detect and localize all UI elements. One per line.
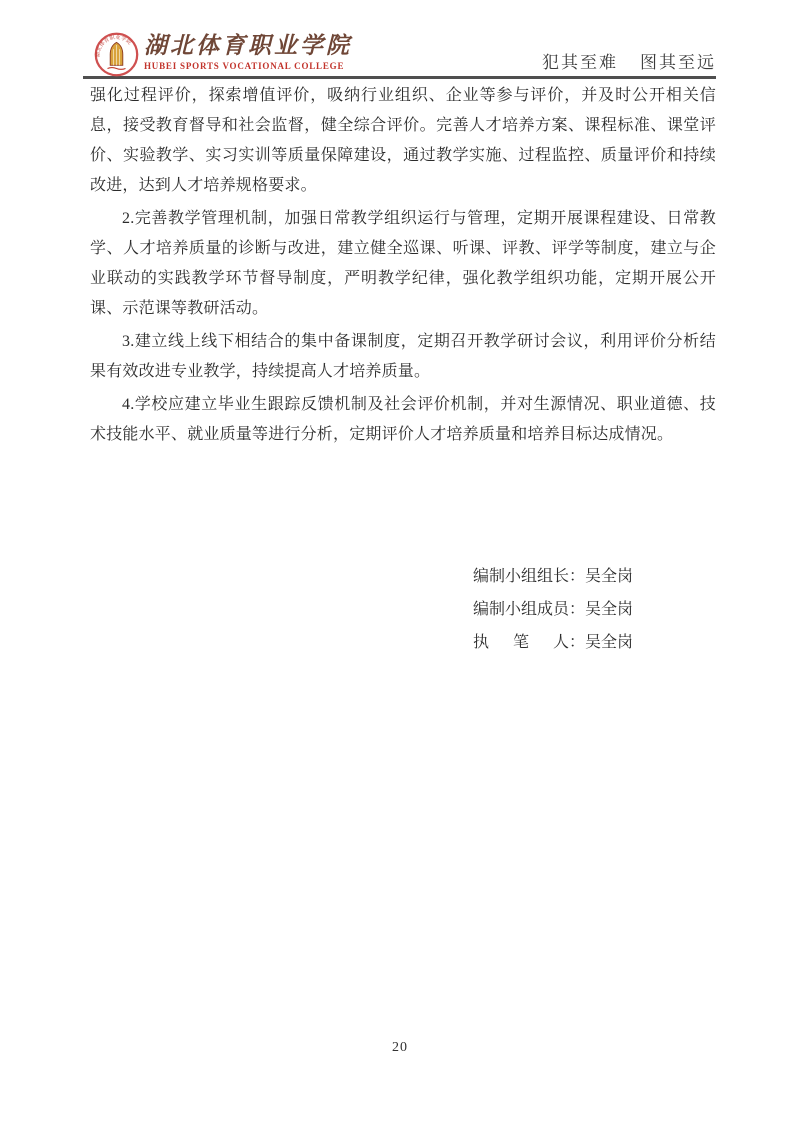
page-header: 湖北体育职业学院 湖北体育职业学院 HUBEI SPORTS VOCATIONA… [83, 0, 716, 79]
college-name-en: HUBEI SPORTS VOCATIONAL COLLEGE [144, 61, 352, 71]
signature-name: 吴全岗 [585, 568, 633, 585]
signature-colon: ： [569, 568, 585, 585]
college-seal-icon: 湖北体育职业学院 [94, 32, 139, 77]
signature-block: 编制小组组长：吴全岗 编制小组成员：吴全岗 执 笔 人：吴全岗 [473, 560, 716, 659]
signature-colon: ： [569, 634, 585, 651]
body-paragraph-4: 4.学校应建立毕业生跟踪反馈机制及社会评价机制，并对生源情况、职业道德、技术技能… [90, 390, 716, 450]
motto-left: 犯其至难 [542, 53, 618, 72]
signature-line-leader: 编制小组组长：吴全岗 [473, 560, 716, 593]
body-paragraph-2: 2.完善教学管理机制，加强日常教学组织运行与管理，定期开展课程建设、日常教学、人… [90, 204, 716, 324]
signature-line-writer: 执 笔 人：吴全岗 [473, 626, 716, 659]
college-name-zh: 湖北体育职业学院 [144, 33, 352, 59]
signature-label: 编制小组成员 [473, 593, 569, 626]
body-paragraph-3: 3.建立线上线下相结合的集中备课制度，定期召开教学研讨会议，利用评价分析结果有效… [90, 327, 716, 387]
document-page: 湖北体育职业学院 湖北体育职业学院 HUBEI SPORTS VOCATIONA… [0, 0, 800, 1131]
signature-line-members: 编制小组成员：吴全岗 [473, 593, 716, 626]
signature-name: 吴全岗 [585, 601, 633, 618]
signature-name: 吴全岗 [585, 634, 633, 651]
college-motto: 犯其至难图其至远 [542, 48, 716, 73]
body-paragraph-1: 强化过程评价，探索增值评价，吸纳行业组织、企业等参与评价，并及时公开相关信息，接… [90, 81, 716, 201]
page-footer: 20 [0, 1038, 800, 1056]
college-brand: 湖北体育职业学院 湖北体育职业学院 HUBEI SPORTS VOCATIONA… [94, 32, 352, 77]
motto-right: 图其至远 [640, 53, 716, 72]
page-number: 20 [392, 1040, 408, 1055]
signature-label: 执 笔 人 [473, 626, 569, 659]
signature-label: 编制小组组长 [473, 560, 569, 593]
signature-colon: ： [569, 601, 585, 618]
college-titles: 湖北体育职业学院 HUBEI SPORTS VOCATIONAL COLLEGE [144, 32, 352, 71]
document-body: 强化过程评价，探索增值评价，吸纳行业组织、企业等参与评价，并及时公开相关信息，接… [90, 81, 716, 450]
